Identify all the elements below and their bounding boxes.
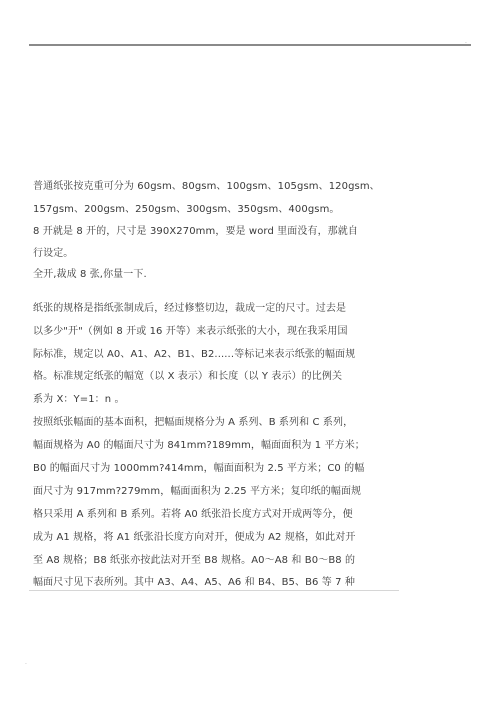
paragraph-line: 幅面尺寸见下表所列。其中 A3、A4、A5、A6 和 B4、B5、B6 等 7 … — [33, 576, 355, 590]
paragraph-line: 至 A8 规格；B8 纸张亦按此法对开至 B8 规格。A0～A8 和 B0～B8… — [33, 554, 355, 568]
paragraph-line: 普通纸张按克重可分为 60gsm、80gsm、100gsm、105gsm、120… — [33, 180, 380, 194]
paragraph-line: 全开,裁成 8 张,你量一下. — [33, 268, 147, 282]
paragraph-line: 格。标准规定纸张的幅宽（以 X 表示）和长度（以 Y 表示）的比例关 — [33, 370, 342, 384]
paragraph-line: 际标准，规定以 A0、A1、A2、B1、B2......等标记来表示纸张的幅面规 — [33, 348, 355, 362]
paragraph-line: 以多少"开"（例如 8 开或 16 开等）来表示纸张的大小，现在我采用国 — [33, 325, 348, 339]
paragraph-line: 8 开就是 8 开的，尺寸是 390X270mm，要是 word 里面没有，那就… — [33, 225, 358, 239]
paragraph-line: 幅面规格为 A0 的幅面尺寸为 841mm?189mm，幅面面积为 1 平方米； — [33, 439, 365, 453]
paragraph-line: 系为 X：Y=1：n 。 — [33, 393, 125, 407]
paragraph-line: 157gsm、200gsm、250gsm、300gsm、350gsm、400gs… — [33, 203, 340, 217]
header-corner-mark: . — [465, 38, 467, 45]
paragraph-line: 成为 A1 规格，将 A1 纸张沿长度方向对开，便成为 A2 规格，如此对开 — [33, 531, 355, 545]
footer-corner-mark: . — [25, 659, 27, 666]
paragraph-line: 纸张的规格是指纸张制成后，经过修整切边，裁成一定的尺寸。过去是 — [33, 302, 346, 316]
footer-rule — [29, 590, 399, 591]
paragraph-line: 面尺寸为 917mm?279mm，幅面面积为 2.25 平方米；复印纸的幅面规 — [33, 485, 361, 499]
paragraph-line: B0 的幅面尺寸为 1000mm?414mm，幅面面积为 2.5 平方米；C0 … — [33, 462, 364, 476]
paragraph-line: 格只采用 A 系列和 B 系列。若将 A0 纸张沿长度方式对开成两等分，便 — [33, 508, 353, 522]
paragraph-line: 按照纸张幅面的基本面积，把幅面规格分为 A 系列、B 系列和 C 系列， — [33, 416, 353, 430]
paragraph-line: 行设定。 — [33, 247, 73, 261]
header-rule — [29, 44, 471, 46]
